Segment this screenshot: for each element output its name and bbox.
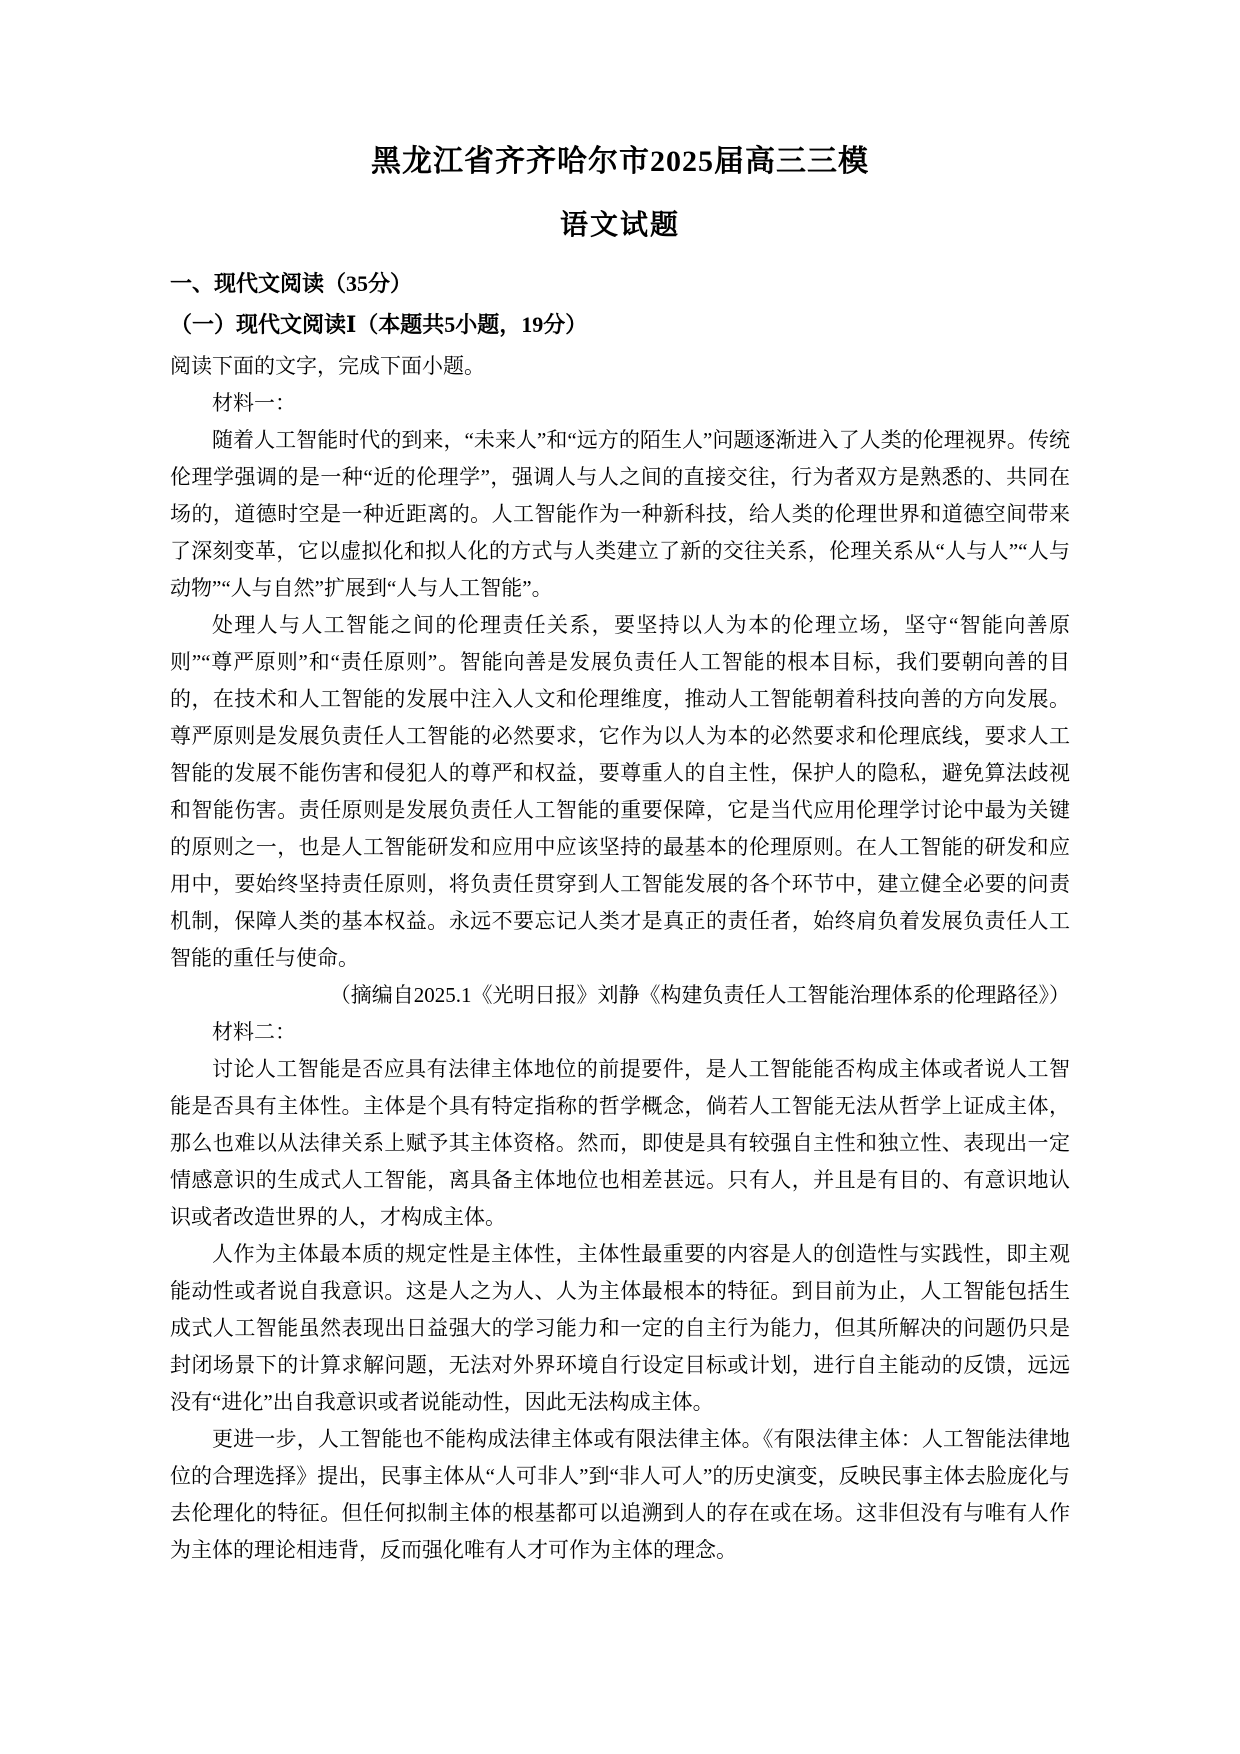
material1-attribution: （摘编自2025.1《光明日报》刘静《构建负责任人工智能治理体系的伦理路径》） — [170, 977, 1070, 1014]
material2-paragraph-3: 更进一步，人工智能也不能构成法律主体或有限法律主体。《有限法律主体：人工智能法律… — [170, 1421, 1070, 1569]
exam-title: 黑龙江省齐齐哈尔市2025届高三三模 — [170, 143, 1070, 181]
exam-paper-page: 黑龙江省齐齐哈尔市2025届高三三模 语文试题 一、现代文阅读（35分） （一）… — [0, 0, 1240, 1754]
subsection-heading-reading-1: （一）现代文阅读Ⅰ（本题共5小题，19分） — [170, 309, 1070, 341]
material2-paragraph-2: 人作为主体最本质的规定性是主体性，主体性最重要的内容是人的创造性与实践性，即主观… — [170, 1236, 1070, 1421]
material1-label: 材料一： — [170, 385, 1070, 422]
page-content: 黑龙江省齐齐哈尔市2025届高三三模 语文试题 一、现代文阅读（35分） （一）… — [0, 0, 1240, 1569]
reading-instruction: 阅读下面的文字，完成下面小题。 — [170, 348, 1070, 385]
material1-paragraph-2: 处理人与人工智能之间的伦理责任关系，要坚持以人为本的伦理立场，坚守“智能向善原则… — [170, 607, 1070, 977]
exam-subtitle: 语文试题 — [170, 208, 1070, 244]
material2-paragraph-1: 讨论人工智能是否应具有法律主体地位的前提要件，是人工智能能否构成主体或者说人工智… — [170, 1051, 1070, 1236]
section-heading-modern-reading: 一、现代文阅读（35分） — [170, 268, 1070, 300]
material1-paragraph-1: 随着人工智能时代的到来，“未来人”和“远方的陌生人”问题逐渐进入了人类的伦理视界… — [170, 422, 1070, 607]
material2-label: 材料二： — [170, 1014, 1070, 1051]
